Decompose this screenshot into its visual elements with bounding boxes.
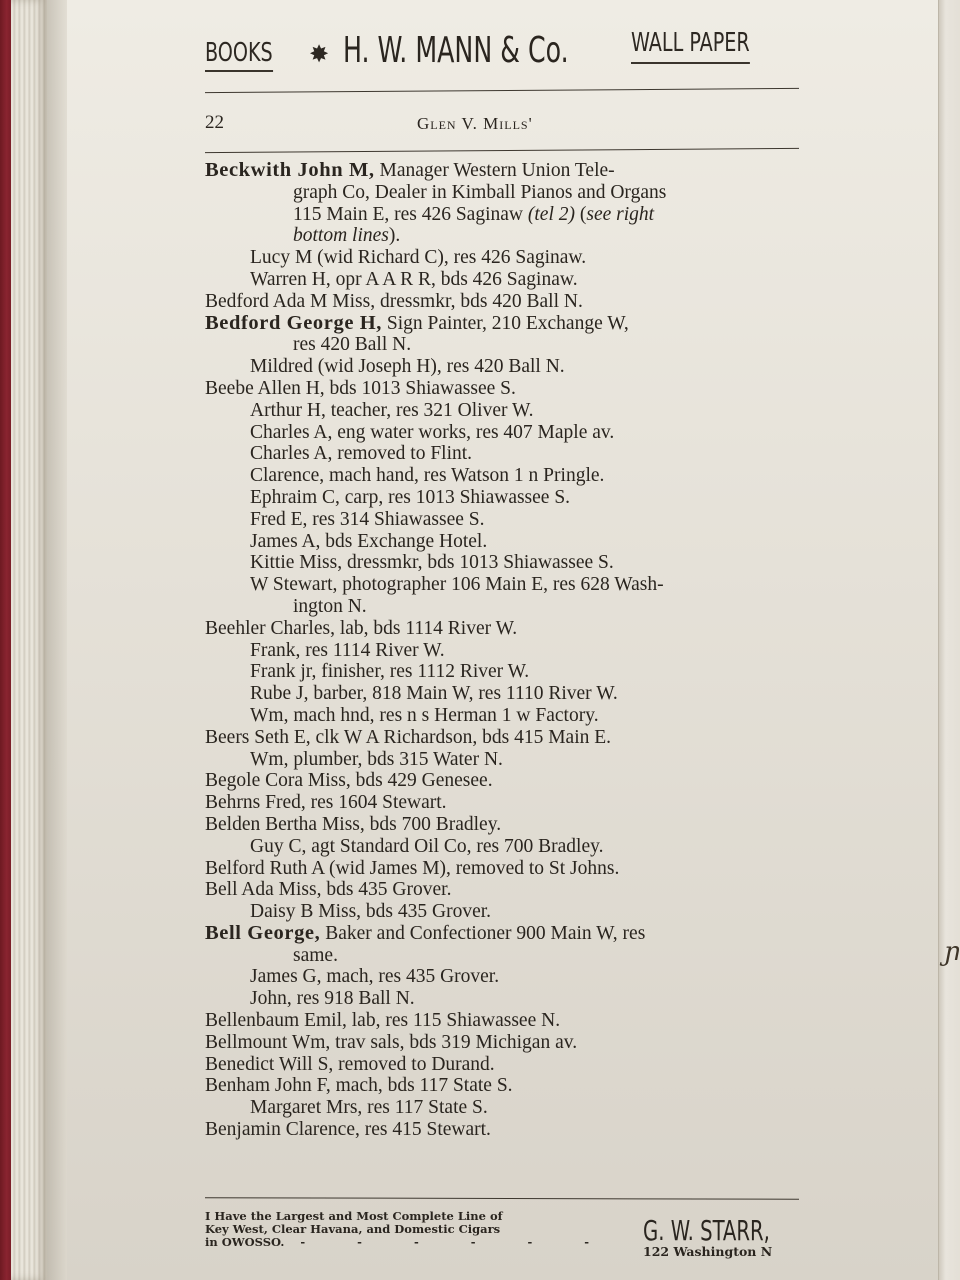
entry-text: same.: [293, 945, 338, 966]
entry-line: Mildred (wid Joseph H), res 420 Ball N.: [205, 356, 805, 378]
entry-line: Bell Ada Miss, bds 435 Grover.: [205, 879, 805, 901]
directory-entry: Bell George, Baker and Confectioner 900 …: [205, 923, 805, 967]
running-head: 22 Glen V. Mills': [205, 112, 799, 138]
entry-text: Arthur H, teacher, res 321 Oliver W.: [250, 400, 534, 421]
entry-text: Ephraim C, carp, res 1013 Shiawassee S.: [250, 487, 570, 508]
directory-subentry: Daisy B Miss, bds 435 Grover.: [205, 901, 805, 923]
entry-text: Manager Western Union Tele-: [375, 160, 615, 181]
entry-line: Bell George, Baker and Confectioner 900 …: [205, 923, 805, 945]
entry-line: Daisy B Miss, bds 435 Grover.: [205, 901, 805, 923]
entry-text: Margaret Mrs, res 117 State S.: [250, 1097, 488, 1118]
footer-ad-address: 122 Washington N: [643, 1244, 772, 1259]
directory-subentry: Charles A, eng water works, res 407 Mapl…: [205, 422, 805, 444]
entry-text: Charles A, removed to Flint.: [250, 443, 472, 464]
directory-entry: Bellenbaum Emil, lab, res 115 Shiawassee…: [205, 1010, 805, 1032]
entry-line: Bellmount Wm, trav sals, bds 319 Michiga…: [205, 1032, 805, 1054]
handwritten-margin-mark: ɲ: [944, 940, 960, 964]
facing-page-edge: [938, 0, 960, 1280]
directory-entry: Bedford George H, Sign Painter, 210 Exch…: [205, 313, 805, 357]
directory-entry: Bedford Ada M Miss, dressmkr, bds 420 Ba…: [205, 291, 805, 313]
entry-line: Guy C, agt Standard Oil Co, res 700 Brad…: [205, 836, 805, 858]
footer-ad-dashes: - - - - - -: [300, 1235, 613, 1249]
red-book-cover-edge: [0, 0, 11, 1280]
entry-text: Charles A, eng water works, res 407 Mapl…: [250, 422, 614, 443]
entry-line: Benham John F, mach, bds 117 State S.: [205, 1075, 805, 1097]
entry-line: Bedford George H, Sign Painter, 210 Exch…: [205, 313, 805, 335]
entry-line: Beehler Charles, lab, bds 1114 River W.: [205, 618, 805, 640]
entry-line: Kittie Miss, dressmkr, bds 1013 Shiawass…: [205, 552, 805, 574]
entry-text: 115 Main E, res 426 Saginaw: [293, 204, 528, 225]
entry-name-bold: Bell George,: [205, 922, 320, 944]
directory-subentry: Frank, res 1114 River W.: [205, 640, 805, 662]
entry-text: ).: [389, 225, 400, 246]
entry-text: graph Co, Dealer in Kimball Pianos and O…: [293, 182, 666, 203]
entry-text: Lucy M (wid Richard C), res 426 Saginaw.: [250, 247, 586, 268]
entry-line: Lucy M (wid Richard C), res 426 Saginaw.: [205, 247, 805, 269]
entry-line: Frank, res 1114 River W.: [205, 640, 805, 662]
entry-text: Behrns Fred, res 1604 Stewart.: [205, 792, 447, 813]
header-rule-top: [205, 88, 799, 93]
directory-subentry: Mildred (wid Joseph H), res 420 Ball N.: [205, 356, 805, 378]
directory-entry: Beebe Allen H, bds 1013 Shiawassee S.: [205, 378, 805, 400]
entry-text: Wm, mach hnd, res n s Herman 1 w Factory…: [250, 705, 599, 726]
footer-rule: [205, 1197, 799, 1200]
directory-entry: Belden Bertha Miss, bds 700 Bradley.: [205, 814, 805, 836]
directory-subentry: Clarence, mach hand, res Watson 1 n Prin…: [205, 465, 805, 487]
running-title: Glen V. Mills': [417, 114, 533, 134]
ad-company-name: H. W. MANN & Co.: [343, 30, 569, 71]
entry-line: Frank jr, finisher, res 1112 River W.: [205, 661, 805, 683]
asterisk-ornament-icon: ✸: [309, 40, 329, 69]
entry-line: Beckwith John M, Manager Western Union T…: [205, 160, 805, 182]
entry-line: Begole Cora Miss, bds 429 Genesee.: [205, 770, 805, 792]
footer-ad-line-text: in OWOSSO.: [205, 1235, 284, 1249]
entry-text: Guy C, agt Standard Oil Co, res 700 Brad…: [250, 836, 603, 857]
entry-line: Belford Ruth A (wid James M), removed to…: [205, 858, 805, 880]
page-gutter-shadow: [47, 0, 67, 1280]
page-stack-edges: [11, 0, 47, 1280]
entry-text: Baker and Confectioner 900 Main W, res: [320, 923, 645, 944]
entry-text: res 420 Ball N.: [293, 334, 411, 355]
directory-subentry: Guy C, agt Standard Oil Co, res 700 Brad…: [205, 836, 805, 858]
entry-line: Benedict Will S, removed to Durand.: [205, 1054, 805, 1076]
entry-line: Charles A, removed to Flint.: [205, 443, 805, 465]
entry-text: (: [575, 204, 586, 225]
entry-text: Bellenbaum Emil, lab, res 115 Shiawassee…: [205, 1010, 560, 1031]
entry-text: Wm, plumber, bds 315 Water N.: [250, 749, 503, 770]
entry-text: Bell Ada Miss, bds 435 Grover.: [205, 879, 451, 900]
directory-subentry: James G, mach, res 435 Grover.: [205, 966, 805, 988]
entry-line: Fred E, res 314 Shiawassee S.: [205, 509, 805, 531]
entry-text: Daisy B Miss, bds 435 Grover.: [250, 901, 491, 922]
footer-ad-text: I Have the Largest and Most Complete Lin…: [205, 1210, 613, 1249]
entry-line: Wm, plumber, bds 315 Water N.: [205, 749, 805, 771]
entry-line: Wm, mach hnd, res n s Herman 1 w Factory…: [205, 705, 805, 727]
entry-line: Rube J, barber, 818 Main W, res 1110 Riv…: [205, 683, 805, 705]
entry-text: Fred E, res 314 Shiawassee S.: [250, 509, 485, 530]
header-rule-bottom: [205, 148, 799, 153]
book-photo: ɲ BOOKS ✸ H. W. MANN & Co. WALL PAPER 22…: [0, 0, 960, 1280]
directory-subentry: Charles A, removed to Flint.: [205, 443, 805, 465]
directory-entry: Benjamin Clarence, res 415 Stewart.: [205, 1119, 805, 1141]
entry-text: Beehler Charles, lab, bds 1114 River W.: [205, 618, 517, 639]
entry-italic-text: (tel 2): [528, 204, 575, 225]
entry-text: Clarence, mach hand, res Watson 1 n Prin…: [250, 465, 604, 486]
directory-entry: Beers Seth E, clk W A Richardson, bds 41…: [205, 727, 805, 749]
entry-text: Benham John F, mach, bds 117 State S.: [205, 1075, 513, 1096]
entry-continuation-line: same.: [205, 945, 805, 967]
footer-ad-merchant-name: G. W. STARR,: [643, 1214, 770, 1247]
entry-text: Benedict Will S, removed to Durand.: [205, 1054, 495, 1075]
entry-line: John, res 918 Ball N.: [205, 988, 805, 1010]
entry-line: Bellenbaum Emil, lab, res 115 Shiawassee…: [205, 1010, 805, 1032]
entry-text: Bedford Ada M Miss, dressmkr, bds 420 Ba…: [205, 291, 583, 312]
entry-line: Behrns Fred, res 1604 Stewart.: [205, 792, 805, 814]
directory-listing: Beckwith John M, Manager Western Union T…: [205, 160, 805, 1141]
directory-subentry: W Stewart, photographer 106 Main E, res …: [205, 574, 805, 618]
entry-text: Sign Painter, 210 Exchange W,: [382, 313, 629, 334]
entry-text: Belford Ruth A (wid James M), removed to…: [205, 858, 619, 879]
entry-text: Benjamin Clarence, res 415 Stewart.: [205, 1119, 491, 1140]
entry-text: John, res 918 Ball N.: [250, 988, 415, 1009]
directory-subentry: Kittie Miss, dressmkr, bds 1013 Shiawass…: [205, 552, 805, 574]
entry-name-bold: Bedford George H,: [205, 312, 382, 334]
entry-line: Clarence, mach hand, res Watson 1 n Prin…: [205, 465, 805, 487]
directory-entry: Begole Cora Miss, bds 429 Genesee.: [205, 770, 805, 792]
ad-books-label: BOOKS: [205, 38, 273, 72]
directory-page: BOOKS ✸ H. W. MANN & Co. WALL PAPER 22 G…: [67, 0, 938, 1280]
directory-subentry: Ephraim C, carp, res 1013 Shiawassee S.: [205, 487, 805, 509]
entry-text: James A, bds Exchange Hotel.: [250, 531, 487, 552]
entry-text: Frank, res 1114 River W.: [250, 640, 445, 661]
entry-text: ington N.: [293, 596, 367, 617]
directory-entry: Beckwith John M, Manager Western Union T…: [205, 160, 805, 247]
entry-italic-text: see right: [586, 204, 654, 225]
entry-text: Bellmount Wm, trav sals, bds 319 Michiga…: [205, 1032, 577, 1053]
page-number: 22: [205, 112, 224, 134]
directory-entry: Beehler Charles, lab, bds 1114 River W.: [205, 618, 805, 640]
entry-continuation-line: ington N.: [205, 596, 805, 618]
entry-continuation-line: res 420 Ball N.: [205, 334, 805, 356]
entry-text: Warren H, opr A A R R, bds 426 Saginaw.: [250, 269, 578, 290]
entry-text: Beebe Allen H, bds 1013 Shiawassee S.: [205, 378, 516, 399]
directory-entry: Benedict Will S, removed to Durand.: [205, 1054, 805, 1076]
header-advertisement: BOOKS ✸ H. W. MANN & Co. WALL PAPER: [205, 28, 799, 78]
footer-advertisement: I Have the Largest and Most Complete Lin…: [205, 1210, 805, 1262]
entry-text: Begole Cora Miss, bds 429 Genesee.: [205, 770, 493, 791]
directory-subentry: Arthur H, teacher, res 321 Oliver W.: [205, 400, 805, 422]
entry-line: Benjamin Clarence, res 415 Stewart.: [205, 1119, 805, 1141]
entry-line: Ephraim C, carp, res 1013 Shiawassee S.: [205, 487, 805, 509]
entry-continuation-line: 115 Main E, res 426 Saginaw (tel 2) (see…: [205, 204, 805, 226]
entry-text: Belden Bertha Miss, bds 700 Bradley.: [205, 814, 501, 835]
entry-line: Belden Bertha Miss, bds 700 Bradley.: [205, 814, 805, 836]
entry-text: James G, mach, res 435 Grover.: [250, 966, 499, 987]
directory-subentry: Frank jr, finisher, res 1112 River W.: [205, 661, 805, 683]
entry-line: Bedford Ada M Miss, dressmkr, bds 420 Ba…: [205, 291, 805, 313]
directory-subentry: James A, bds Exchange Hotel.: [205, 531, 805, 553]
entry-line: James G, mach, res 435 Grover.: [205, 966, 805, 988]
footer-ad-line: in OWOSSO.- - - - - -: [205, 1236, 613, 1249]
entry-text: W Stewart, photographer 106 Main E, res …: [250, 574, 664, 595]
entry-line: W Stewart, photographer 106 Main E, res …: [205, 574, 805, 596]
entry-text: Frank jr, finisher, res 1112 River W.: [250, 661, 529, 682]
entry-text: Beers Seth E, clk W A Richardson, bds 41…: [205, 727, 611, 748]
directory-entry: Bell Ada Miss, bds 435 Grover.: [205, 879, 805, 901]
directory-subentry: Fred E, res 314 Shiawassee S.: [205, 509, 805, 531]
directory-subentry: Lucy M (wid Richard C), res 426 Saginaw.: [205, 247, 805, 269]
directory-subentry: Wm, plumber, bds 315 Water N.: [205, 749, 805, 771]
entry-italic-text: bottom lines: [293, 225, 389, 246]
directory-subentry: Rube J, barber, 818 Main W, res 1110 Riv…: [205, 683, 805, 705]
entry-name-bold: Beckwith John M,: [205, 159, 375, 181]
directory-subentry: John, res 918 Ball N.: [205, 988, 805, 1010]
directory-entry: Bellmount Wm, trav sals, bds 319 Michiga…: [205, 1032, 805, 1054]
directory-subentry: Margaret Mrs, res 117 State S.: [205, 1097, 805, 1119]
entry-text: Kittie Miss, dressmkr, bds 1013 Shiawass…: [250, 552, 614, 573]
entry-continuation-line: graph Co, Dealer in Kimball Pianos and O…: [205, 182, 805, 204]
entry-line: James A, bds Exchange Hotel.: [205, 531, 805, 553]
entry-text: Rube J, barber, 818 Main W, res 1110 Riv…: [250, 683, 618, 704]
entry-line: Arthur H, teacher, res 321 Oliver W.: [205, 400, 805, 422]
entry-text: Mildred (wid Joseph H), res 420 Ball N.: [250, 356, 565, 377]
directory-entry: Behrns Fred, res 1604 Stewart.: [205, 792, 805, 814]
entry-line: Charles A, eng water works, res 407 Mapl…: [205, 422, 805, 444]
entry-line: Warren H, opr A A R R, bds 426 Saginaw.: [205, 269, 805, 291]
entry-line: Beers Seth E, clk W A Richardson, bds 41…: [205, 727, 805, 749]
directory-subentry: Warren H, opr A A R R, bds 426 Saginaw.: [205, 269, 805, 291]
entry-line: Margaret Mrs, res 117 State S.: [205, 1097, 805, 1119]
entry-line: Beebe Allen H, bds 1013 Shiawassee S.: [205, 378, 805, 400]
directory-subentry: Wm, mach hnd, res n s Herman 1 w Factory…: [205, 705, 805, 727]
directory-entry: Benham John F, mach, bds 117 State S.: [205, 1075, 805, 1097]
ad-wallpaper-label: WALL PAPER: [631, 28, 750, 64]
directory-entry: Belford Ruth A (wid James M), removed to…: [205, 858, 805, 880]
entry-continuation-line: bottom lines).: [205, 225, 805, 247]
